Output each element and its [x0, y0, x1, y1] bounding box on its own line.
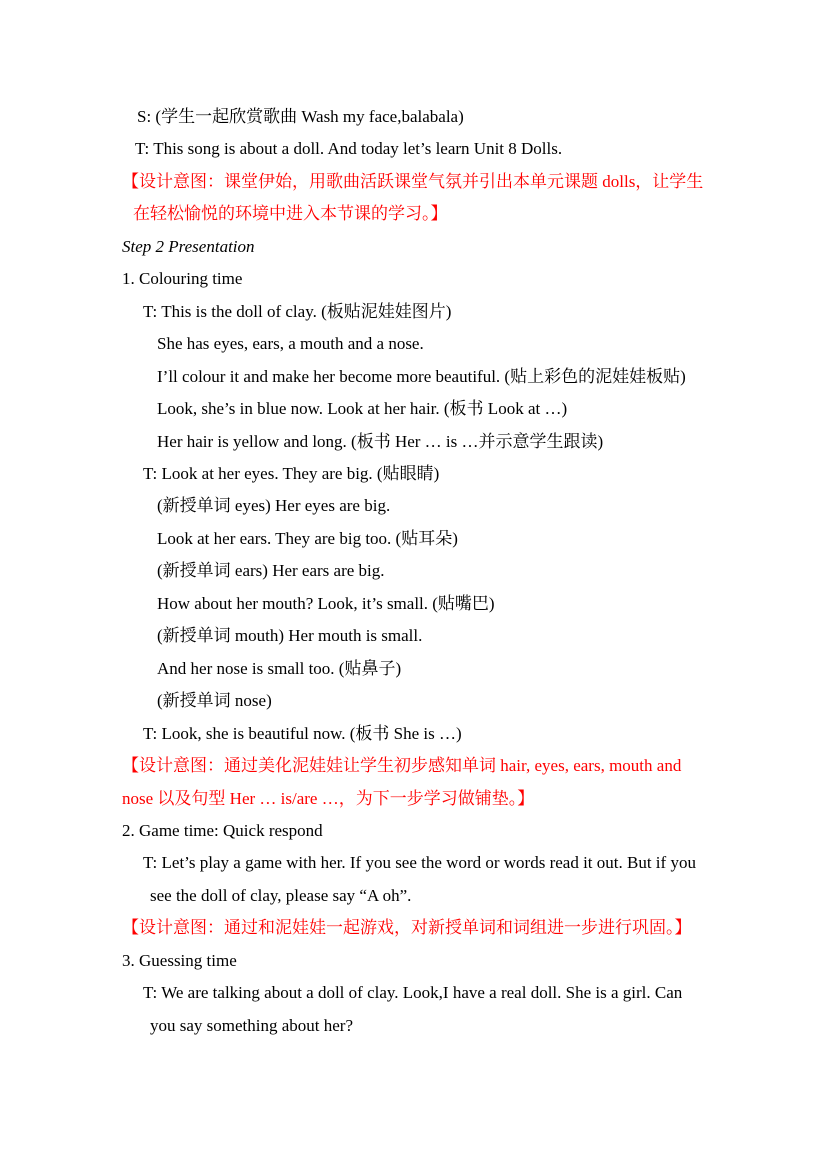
doc-line-6: 1. Colouring time [122, 263, 722, 295]
doc-line-17: (新授单词 mouth) Her mouth is small. [122, 620, 722, 652]
doc-line-10: Look, she’s in blue now. Look at her hai… [122, 393, 722, 425]
doc-line-11: Her hair is yellow and long. (板书 Her … i… [122, 426, 722, 458]
doc-line-1: S: (学生一起欣赏歌曲 Wash my face,balabala) [122, 101, 722, 133]
doc-line-15: (新授单词 ears) Her ears are big. [122, 555, 722, 587]
doc-line-28: T: We are talking about a doll of clay. … [122, 977, 722, 1009]
doc-line-18: And her nose is small too. (贴鼻子) [122, 653, 722, 685]
doc-line-27: 3. Guessing time [122, 945, 722, 977]
doc-line-24: T: Let’s play a game with her. If you se… [122, 847, 722, 879]
doc-line-22: nose 以及句型 Her … is/are …，为下一步学习做铺垫。】 [122, 783, 722, 815]
document-page: S: (学生一起欣赏歌曲 Wash my face,balabala)T: Th… [0, 0, 827, 1170]
doc-line-9: I’ll colour it and make her become more … [122, 361, 722, 393]
doc-line-21: 【设计意图：通过美化泥娃娃让学生初步感知单词 hair, eyes, ears,… [122, 750, 722, 782]
doc-line-16: How about her mouth? Look, it’s small. (… [122, 588, 722, 620]
doc-line-8: She has eyes, ears, a mouth and a nose. [122, 328, 722, 360]
doc-line-20: T: Look, she is beautiful now. (板书 She i… [122, 718, 722, 750]
doc-line-12: T: Look at her eyes. They are big. (贴眼睛) [122, 458, 722, 490]
doc-line-5: Step 2 Presentation [122, 231, 722, 263]
doc-line-2: T: This song is about a doll. And today … [122, 133, 722, 165]
doc-line-14: Look at her ears. They are big too. (贴耳朵… [122, 523, 722, 555]
doc-line-23: 2. Game time: Quick respond [122, 815, 722, 847]
doc-line-13: (新授单词 eyes) Her eyes are big. [122, 490, 722, 522]
doc-line-3: 【设计意图：课堂伊始，用歌曲活跃课堂气氛并引出本单元课题 dolls，让学生 [122, 166, 722, 198]
doc-line-25: see the doll of clay, please say “A oh”. [122, 880, 722, 912]
doc-line-7: T: This is the doll of clay. (板贴泥娃娃图片) [122, 296, 722, 328]
doc-line-29: you say something about her? [122, 1010, 722, 1042]
document-body: S: (学生一起欣赏歌曲 Wash my face,balabala)T: Th… [122, 101, 722, 1042]
doc-line-4: 在轻松愉悦的环境中进入本节课的学习。】 [122, 198, 722, 230]
doc-line-19: (新授单词 nose) [122, 685, 722, 717]
doc-line-26: 【设计意图：通过和泥娃娃一起游戏，对新授单词和词组进一步进行巩固。】 [122, 912, 722, 944]
